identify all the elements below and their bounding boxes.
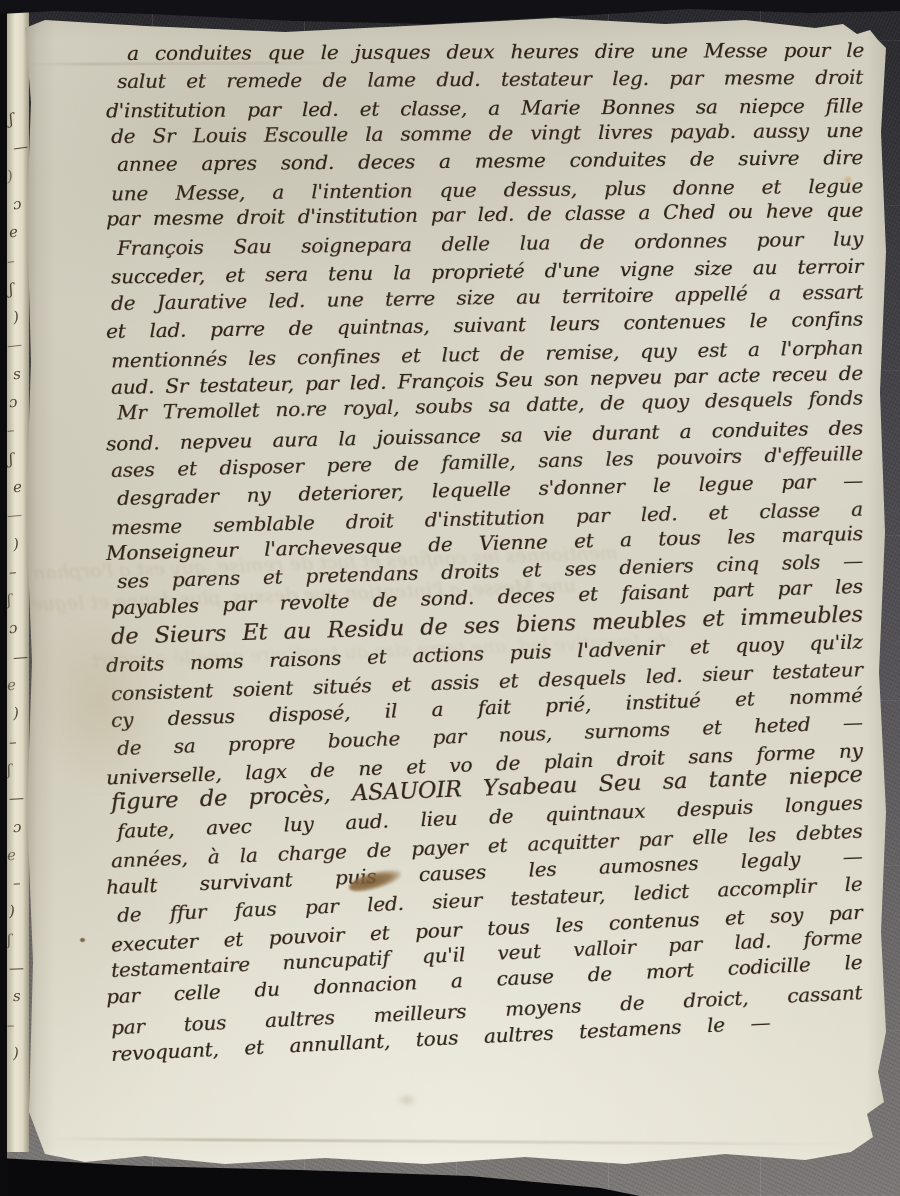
gutter-ink-mark: – bbox=[7, 251, 16, 270]
gutter-ink-mark: e bbox=[8, 223, 19, 242]
gutter-ink-mark: – bbox=[7, 1015, 15, 1033]
gutter-ink-mark: s bbox=[12, 364, 22, 383]
gutter-ink-mark: — bbox=[7, 336, 23, 356]
gutter-ink-mark: — bbox=[12, 647, 28, 666]
gutter-ink-mark: ʃ bbox=[8, 280, 14, 298]
gutter-ink-mark: ʃ bbox=[8, 449, 14, 467]
gutter-ink-mark: — bbox=[9, 959, 25, 978]
manuscript-page: mentionnés les confines et luct de remis… bbox=[25, 12, 886, 1172]
gutter-ink-mark: e bbox=[7, 676, 17, 695]
gutter-ink-mark: ) bbox=[7, 166, 14, 185]
gutter-ink-mark: ʃ bbox=[8, 110, 15, 128]
gutter-ink-mark: – bbox=[7, 421, 15, 440]
adjacent-page-edge: ʃ—)ɔe–ʃ)—sɔ–ʃe—)–ʃɔ—e)–ʃ—ɔe–)ʃ—s–) bbox=[7, 10, 29, 1152]
manuscript-line: annee apres sond. deces a mesme conduite… bbox=[117, 144, 863, 177]
manuscript-text-block: a conduites que le jusques deux heures d… bbox=[25, 12, 886, 1172]
manuscript-line: a conduites que le jusques deux heures d… bbox=[127, 37, 864, 66]
manuscript-line: salut et remede de lame dud. testateur l… bbox=[117, 64, 863, 94]
gutter-ink-mark: ɔ bbox=[8, 619, 18, 638]
gutter-ink-mark: ɔ bbox=[8, 393, 18, 412]
gutter-ink-mark: ɔ bbox=[13, 817, 22, 835]
gutter-ink-mark: s bbox=[13, 987, 21, 1005]
gutter-ink-mark: e bbox=[7, 846, 16, 864]
gutter-ink-mark: ) bbox=[13, 1044, 19, 1062]
gutter-ink-mark: — bbox=[7, 506, 23, 525]
gutter-ink-mark: – bbox=[8, 732, 17, 750]
gutter-ink-mark: ʃ bbox=[7, 591, 12, 609]
gutter-ink-mark: ʃ bbox=[7, 931, 11, 949]
gutter-ink-mark: ) bbox=[12, 704, 19, 722]
gutter-ink-mark: ) bbox=[12, 308, 20, 327]
gutter-ink-mark: – bbox=[8, 563, 17, 582]
gutter-ink-mark: e bbox=[12, 478, 23, 497]
gutter-ink-mark: – bbox=[13, 874, 21, 892]
gutter-ink-mark: ʃ bbox=[7, 761, 12, 779]
gutter-ink-mark: ɔ bbox=[12, 194, 23, 213]
gutter-ink-mark: — bbox=[12, 137, 29, 157]
gutter-ink-mark: ) bbox=[12, 534, 19, 552]
gutter-ink-mark: ) bbox=[9, 902, 16, 920]
black-border-left bbox=[0, 0, 7, 1196]
manuscript-scan: ʃ—)ɔe–ʃ)—sɔ–ʃe—)–ʃɔ—e)–ʃ—ɔe–)ʃ—s–) menti… bbox=[0, 0, 900, 1196]
gutter-ink-mark: — bbox=[9, 789, 25, 808]
